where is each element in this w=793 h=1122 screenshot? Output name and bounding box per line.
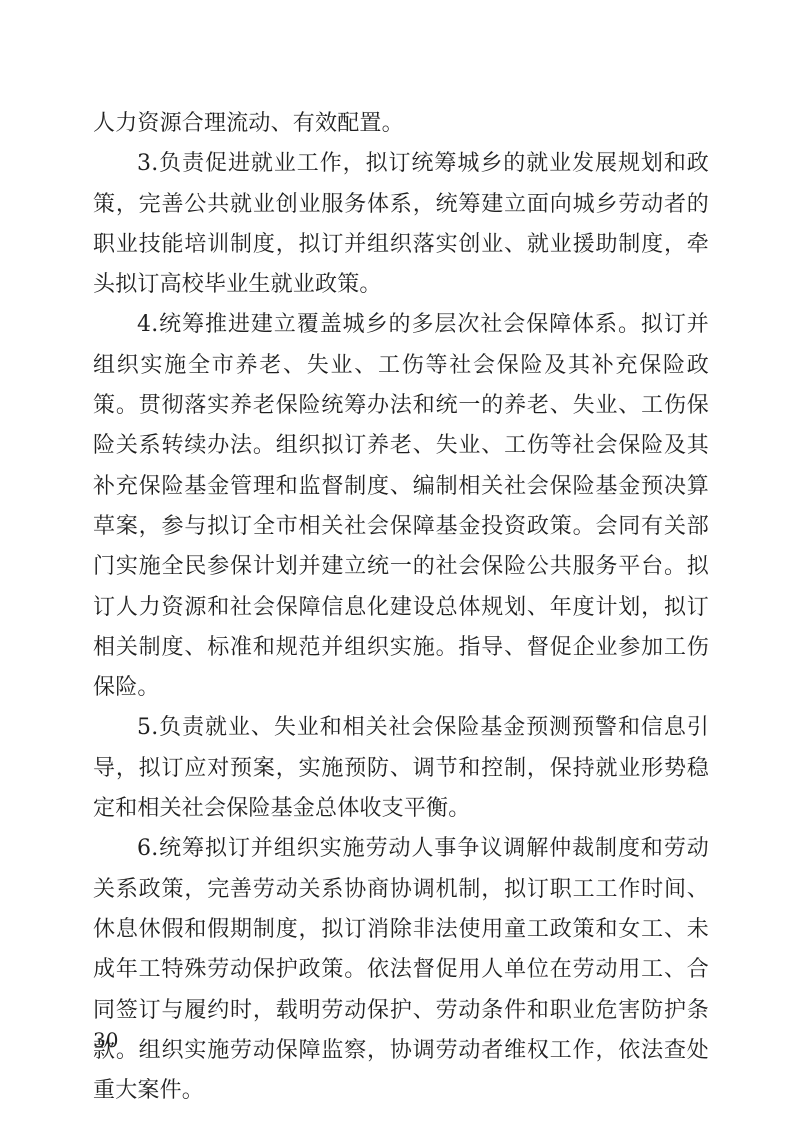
page-number: 30 [93,1026,118,1054]
paragraph-item-6: 6.统筹拟订并组织实施劳动人事争议调解仲裁制度和劳动关系政策，完善劳动关系协商协… [93,829,709,1111]
document-page: 人力资源合理流动、有效配置。 3.负责促进就业工作，拟订统筹城乡的就业发展规划和… [0,0,793,1122]
paragraph-item-4: 4.统筹推进建立覆盖城乡的多层次社会保障体系。拟订并组织实施全市养老、失业、工伤… [93,305,709,708]
paragraph-continuation: 人力资源合理流动、有效配置。 [93,104,709,144]
document-body: 人力资源合理流动、有效配置。 3.负责促进就业工作，拟订统筹城乡的就业发展规划和… [93,104,709,1111]
paragraph-item-5: 5.负责就业、失业和相关社会保险基金预测预警和信息引导，拟订应对预案，实施预防、… [93,708,709,829]
paragraph-item-3: 3.负责促进就业工作，拟订统筹城乡的就业发展规划和政策，完善公共就业创业服务体系… [93,144,709,305]
